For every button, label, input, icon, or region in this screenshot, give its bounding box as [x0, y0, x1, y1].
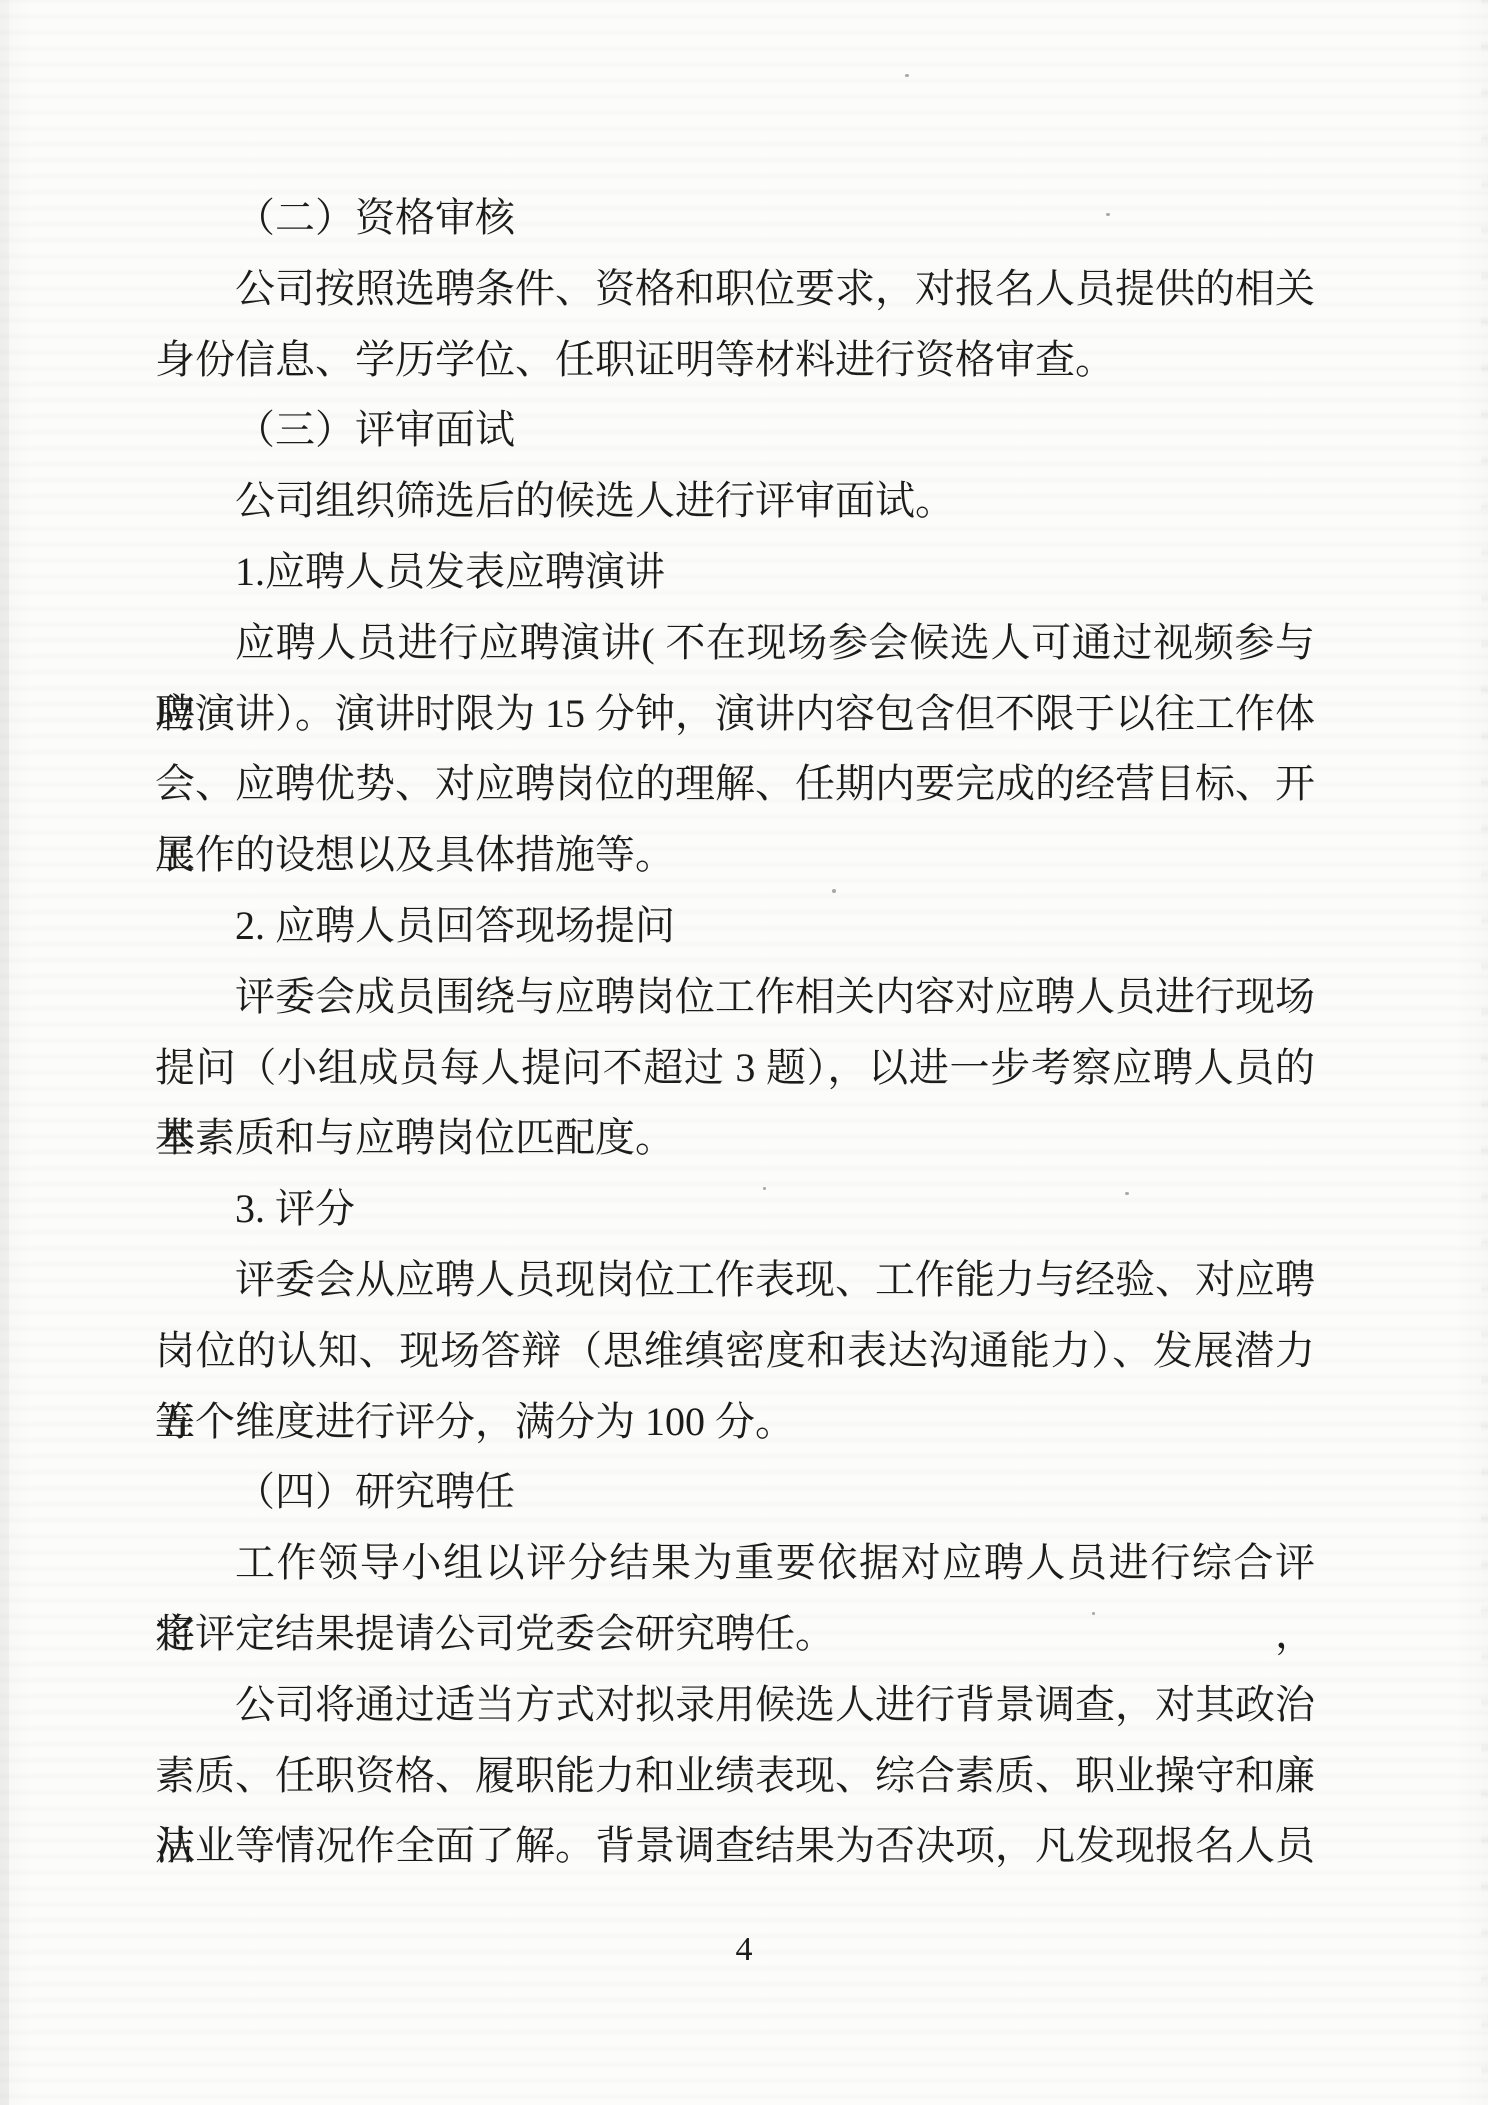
- text-line: 工作的设想以及具体措施等。: [155, 820, 1315, 891]
- text-line: （三）评审面试: [155, 395, 1315, 466]
- document-body: （二）资格审核公司按照选聘条件、资格和职位要求，对报名人员提供的相关身份信息、学…: [155, 183, 1315, 1882]
- text-line: （四）研究聘任: [155, 1457, 1315, 1528]
- text-line: 从业等情况作全面了解。背景调查结果为否决项，凡发现报名人员: [155, 1811, 1315, 1882]
- text-line: 公司将通过适当方式对拟录用候选人进行背景调查，对其政治: [155, 1670, 1315, 1741]
- text-line: 评委会从应聘人员现岗位工作表现、工作能力与经验、对应聘: [155, 1245, 1315, 1316]
- text-line: 聘演讲）。演讲时限为 15 分钟，演讲内容包含但不限于以往工作体: [155, 679, 1315, 750]
- text-line: 公司按照选聘条件、资格和职位要求，对报名人员提供的相关: [155, 254, 1315, 325]
- text-line: 公司组织筛选后的候选人进行评审面试。: [155, 466, 1315, 537]
- text-line: 素质、任职资格、履职能力和业绩表现、综合素质、职业操守和廉洁: [155, 1741, 1315, 1812]
- text-line: 工作领导小组以评分结果为重要依据对应聘人员进行综合评定，: [155, 1528, 1315, 1599]
- text-line: 身份信息、学历学位、任职证明等材料进行资格审查。: [155, 325, 1315, 396]
- scan-speck: [905, 74, 909, 77]
- text-line: （二）资格审核: [155, 183, 1315, 254]
- document-page: （二）资格审核公司按照选聘条件、资格和职位要求，对报名人员提供的相关身份信息、学…: [0, 0, 1488, 2105]
- text-line: 3. 评分: [155, 1174, 1315, 1245]
- page-number: 4: [0, 1930, 1488, 1970]
- scan-edge-artifact-right: [1481, 0, 1488, 2105]
- scan-edge-artifact-left: [0, 0, 9, 2105]
- text-line: 会、应聘优势、对应聘岗位的理解、任期内要完成的经营目标、开展: [155, 749, 1315, 820]
- text-line: 评委会成员围绕与应聘岗位工作相关内容对应聘人员进行现场: [155, 962, 1315, 1033]
- text-line: 五个维度进行评分，满分为 100 分。: [155, 1387, 1315, 1458]
- text-line: 岗位的认知、现场答辩（思维缜密度和表达沟通能力）、发展潜力等: [155, 1316, 1315, 1387]
- text-line: 本素质和与应聘岗位匹配度。: [155, 1103, 1315, 1174]
- text-line: 提问（小组成员每人提问不超过 3 题），以进一步考察应聘人员的基: [155, 1033, 1315, 1104]
- text-line: 应聘人员进行应聘演讲( 不在现场参会候选人可通过视频参与应: [155, 608, 1315, 679]
- text-line: 1.应聘人员发表应聘演讲: [155, 537, 1315, 608]
- text-line: 2. 应聘人员回答现场提问: [155, 891, 1315, 962]
